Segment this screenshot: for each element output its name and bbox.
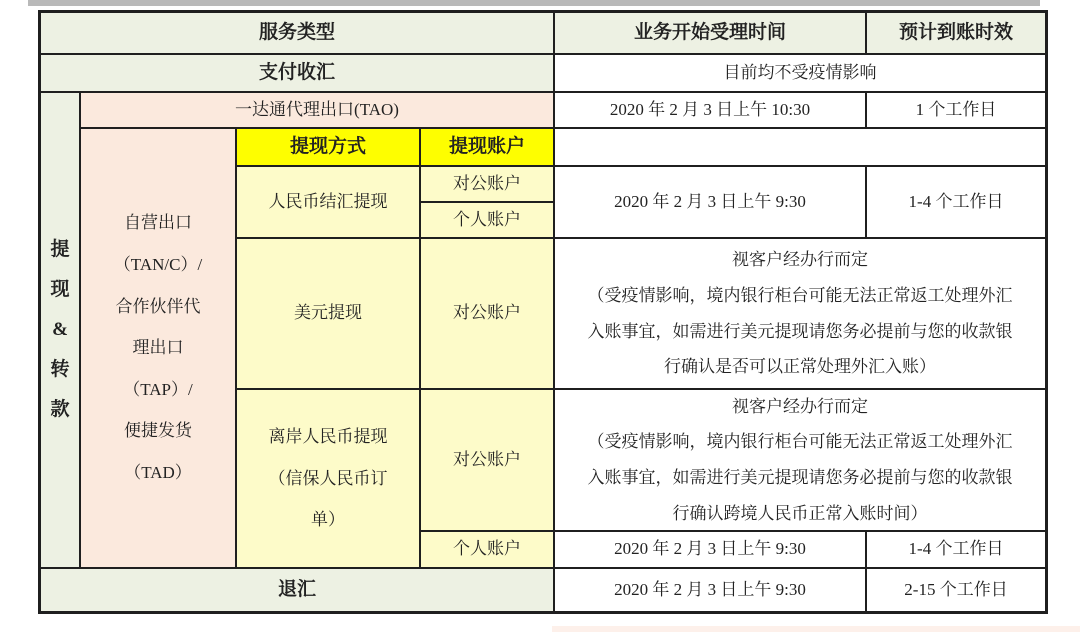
refund-arrival-duration: 2-15 个工作日 — [867, 569, 1045, 611]
service-schedule-table: 服务类型 业务开始受理时间 预计到账时效 支付收汇 目前均不受疫情影响 提 现 … — [38, 10, 1048, 614]
top-divider-strip — [28, 0, 1040, 6]
usd-withdraw-label: 美元提现 — [237, 239, 421, 390]
subheader-empty-cell — [555, 129, 1045, 167]
offshore-personal-start-time: 2020 年 2 月 3 日上午 9:30 — [555, 532, 867, 569]
usd-withdraw-note: 视客户经办行而定 （受疫情影响，境内银行柜台可能无法正常返工处理外汇 入账事宜，… — [555, 239, 1045, 390]
bottom-partial-strip — [552, 626, 1080, 632]
header-service-type: 服务类型 — [41, 13, 555, 55]
refund-label: 退汇 — [41, 569, 555, 611]
header-start-time: 业务开始受理时间 — [555, 13, 867, 55]
payment-collection-status: 目前均不受疫情影响 — [555, 55, 1045, 93]
withdraw-transfer-vertical-label: 提 现 & 转 款 — [41, 93, 81, 569]
tao-start-time: 2020 年 2 月 3 日上午 10:30 — [555, 93, 867, 129]
rmb-withdraw-label: 人民币结汇提现 — [237, 167, 421, 239]
usd-corporate-account: 对公账户 — [421, 239, 555, 390]
tao-arrival-duration: 1 个工作日 — [867, 93, 1045, 129]
offshore-personal-duration: 1-4 个工作日 — [867, 532, 1045, 569]
header-arrival-time: 预计到账时效 — [867, 13, 1045, 55]
rmb-start-time: 2020 年 2 月 3 日上午 9:30 — [555, 167, 867, 239]
tao-export-label: 一达通代理出口(TAO) — [81, 93, 555, 129]
subheader-withdraw-method: 提现方式 — [237, 129, 421, 167]
payment-collection-label: 支付收汇 — [41, 55, 555, 93]
subheader-withdraw-account: 提现账户 — [421, 129, 555, 167]
offshore-corporate-account: 对公账户 — [421, 390, 555, 532]
offshore-withdraw-label: 离岸人民币提现 （信保人民币订 单） — [237, 390, 421, 569]
offshore-withdraw-note: 视客户经办行而定 （受疫情影响，境内银行柜台可能无法正常返工处理外汇 入账事宜，… — [555, 390, 1045, 532]
offshore-personal-account: 个人账户 — [421, 532, 555, 569]
refund-start-time: 2020 年 2 月 3 日上午 9:30 — [555, 569, 867, 611]
rmb-personal-account: 个人账户 — [421, 203, 555, 239]
rmb-arrival-duration: 1-4 个工作日 — [867, 167, 1045, 239]
rmb-corporate-account: 对公账户 — [421, 167, 555, 203]
self-export-label: 自营出口 （TAN/C）/ 合作伙伴代 理出口 （TAP）/ 便捷发货 （TAD… — [81, 129, 237, 569]
